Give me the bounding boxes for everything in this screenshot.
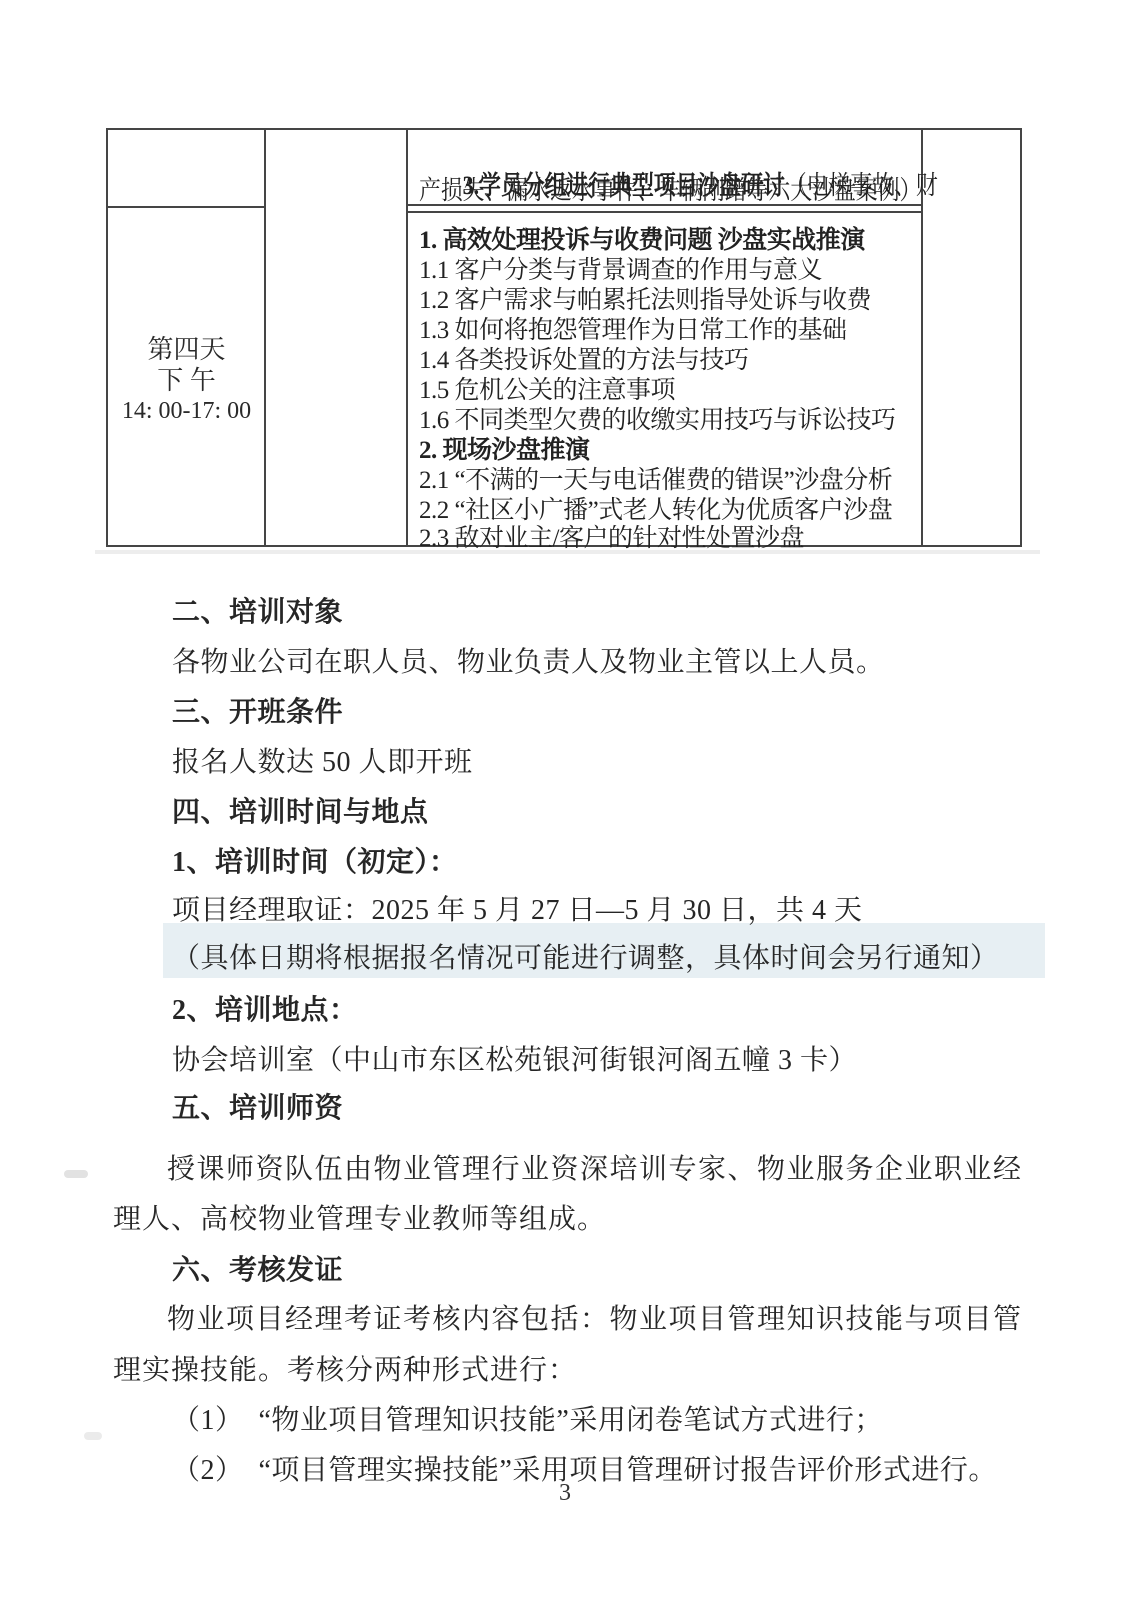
training-location-line: 协会培训室（中山市东区松苑银河街银河阁五幢 3 卡） [113,1038,857,1078]
section-heading-3: 三、开班条件 [113,690,343,730]
time-range-label: 14: 00-17: 00 [108,396,265,427]
section-body-5-line1: 授课师资队伍由物业管理行业资深培训专家、物业服务企业职业经 [113,1147,1023,1187]
section-heading-2: 二、培训对象 [113,590,343,630]
training-time-line: 项目经理取证：2025 年 5 月 27 日—5 月 30 日，共 4 天 [113,888,863,928]
table-cell-time-day4-pm: 第四天 下 午 14: 00-17: 00 [108,334,265,427]
schedule-item: 2.3 敌对业主/客户的针对性处置沙盘 [419,518,804,554]
section-heading-6: 六、考核发证 [113,1248,343,1288]
section-heading-5: 五、培训师资 [113,1086,343,1126]
scan-artifact [84,1432,102,1440]
time-period-label: 下 午 [108,365,265,396]
table-cell-overflow-line2: 产损失、漏水返水事件、车辆剐蹭等六大沙盘案例） [419,170,1017,207]
table-border-top [106,128,1022,130]
section-body-6-line1: 物业项目经理考证考核内容包括：物业项目管理知识技能与项目管 [113,1297,1023,1337]
table-row-divider-time [106,206,266,208]
section-heading-4: 四、培训时间与地点 [113,790,429,830]
time-day-label: 第四天 [108,334,265,365]
section-body-5-line2: 理人、高校物业管理专业教师等组成。 [113,1197,606,1237]
subsection-heading-4-1: 1、培训时间（初定）： [113,840,458,880]
page-number: 3 [0,1480,1130,1507]
table-divider-col2 [406,128,408,547]
training-time-note: （具体日期将根据报名情况可能进行调整，具体时间会另行通知） [113,936,999,976]
section-body-6-line2: 理实操技能。考核分两种形式进行： [113,1348,577,1388]
scan-artifact [64,1170,88,1178]
assessment-item-1: （1） “物业项目管理知识技能”采用闭卷笔试方式进行； [113,1398,883,1438]
scanned-document-page: 3.学员分组进行典型项目沙盘研讨（电梯事故、财 产损失、漏水返水事件、车辆剐蹭等… [0,0,1130,1600]
section-body-2: 各物业公司在职人员、物业负责人及物业主管以上人员。 [113,640,885,680]
subsection-heading-4-2: 2、培训地点： [113,988,358,1028]
section-body-3: 报名人数达 50 人即开班 [113,740,473,780]
